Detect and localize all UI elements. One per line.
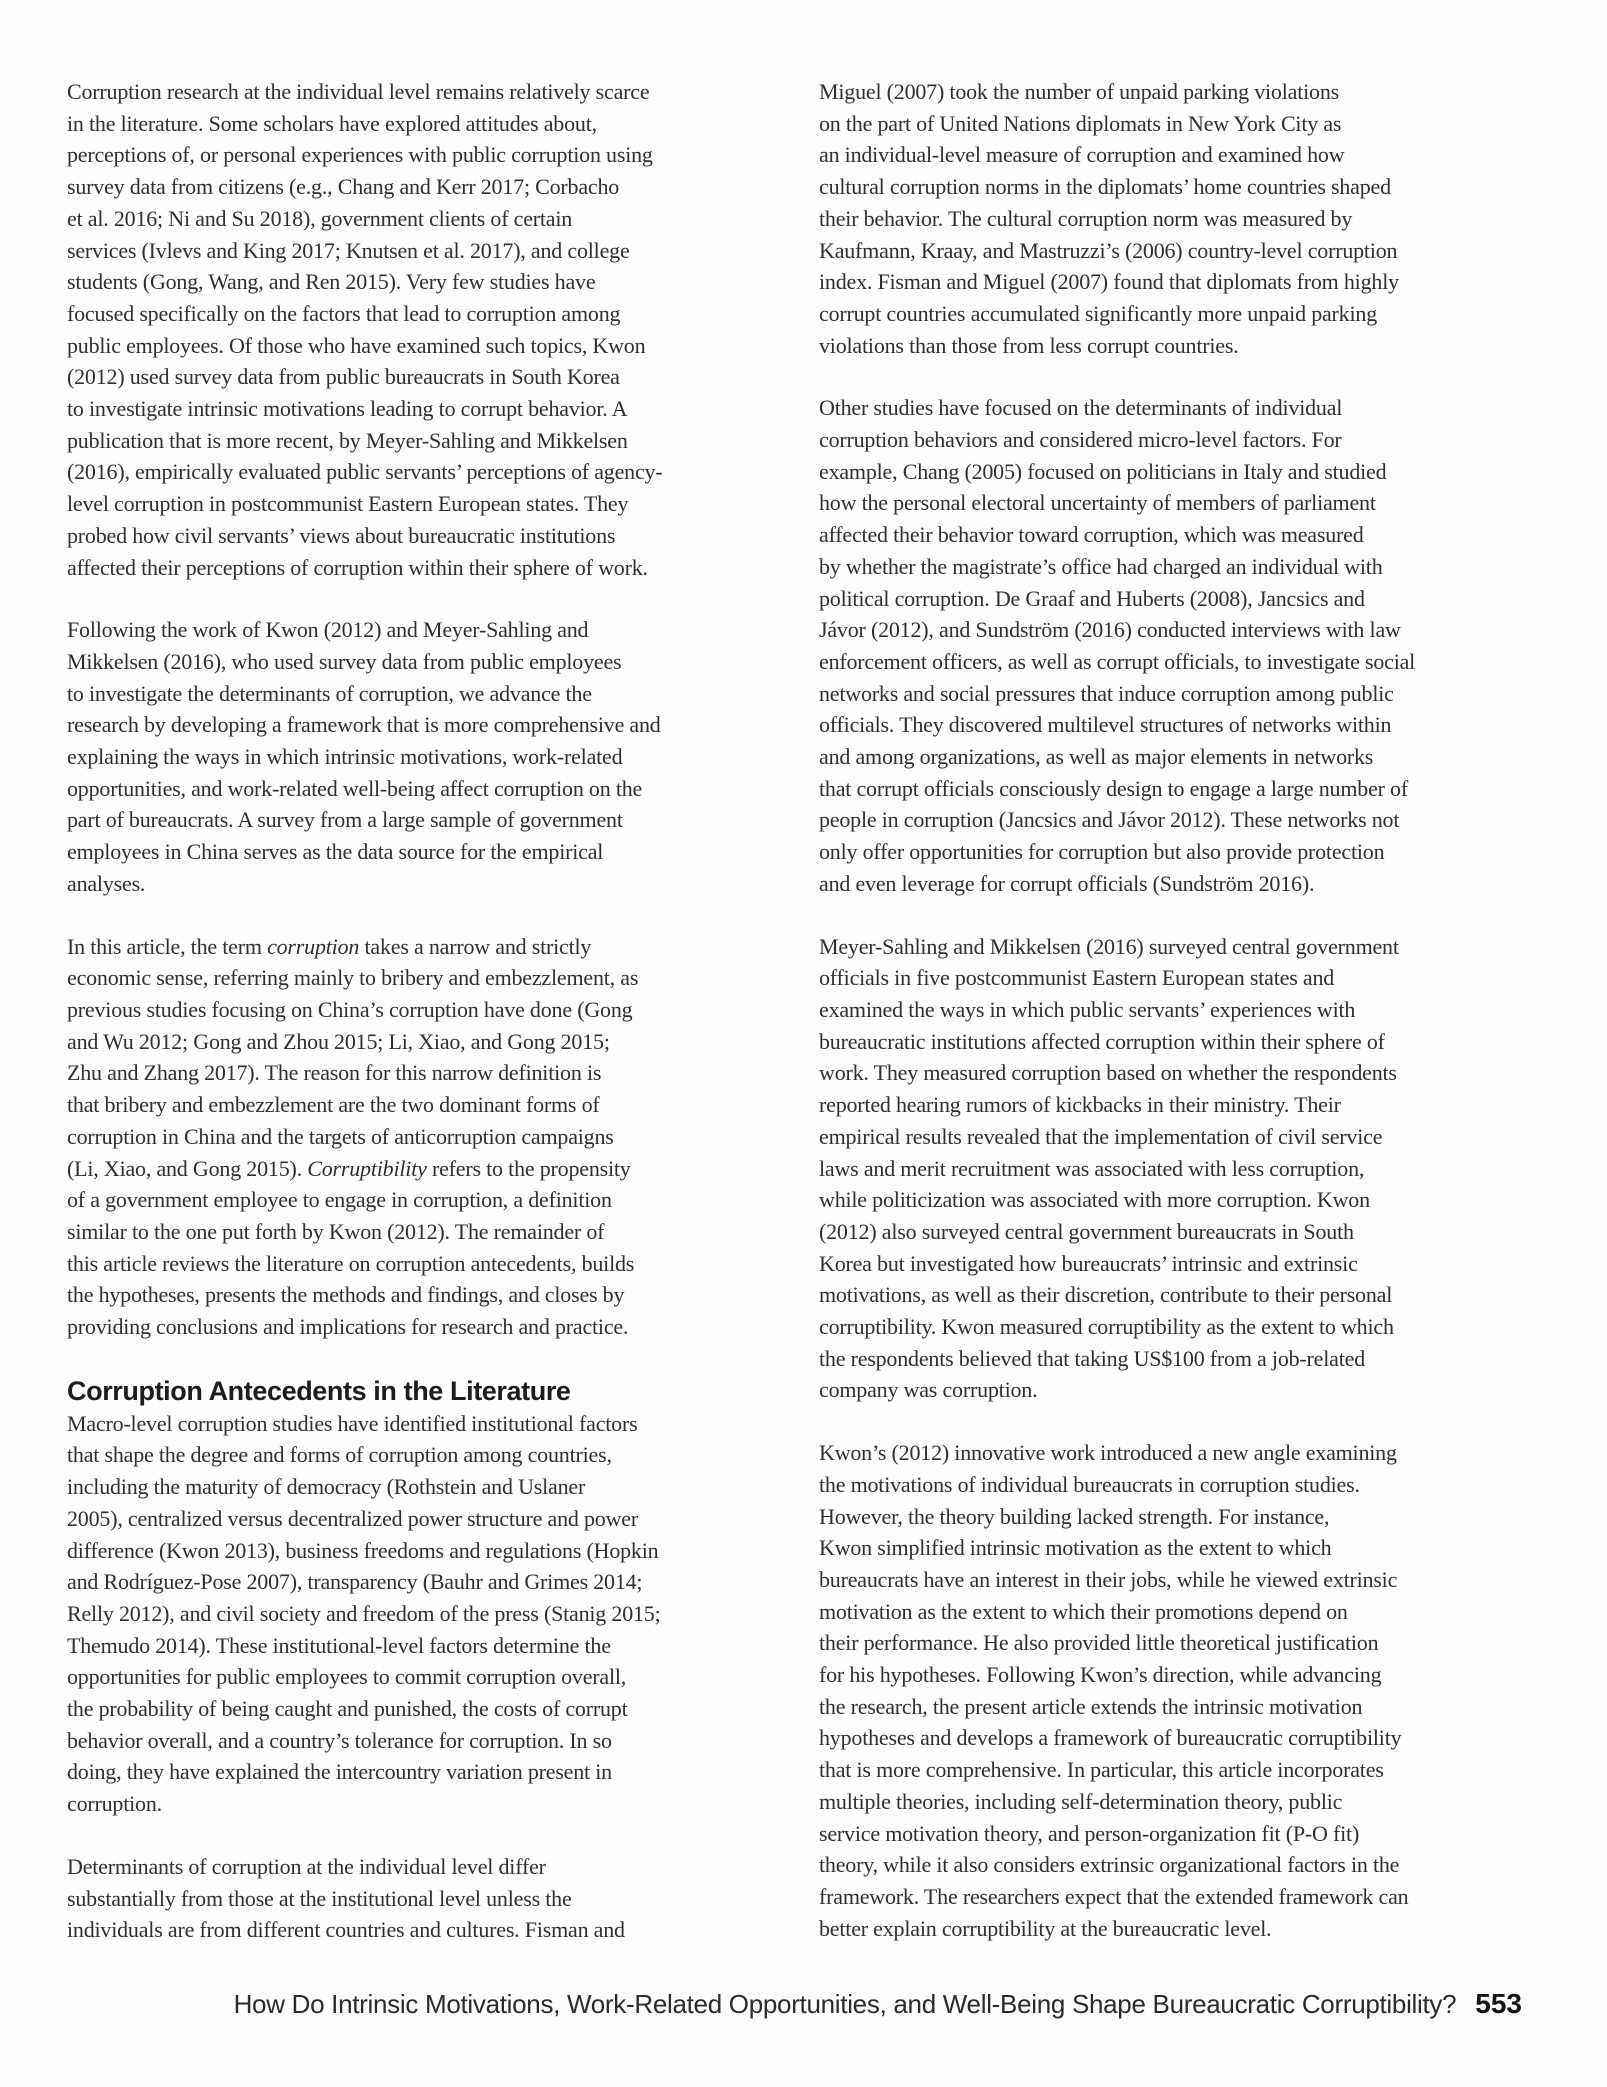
paragraph-line: Mikkelsen (2016), who used survey data f… xyxy=(67,646,782,678)
paragraph-line: work. They measured corruption based on … xyxy=(819,1057,1534,1089)
paragraph-line: violations than those from less corrupt … xyxy=(819,330,1534,362)
paragraph-line: Other studies have focused on the determ… xyxy=(819,392,1534,424)
paragraph: In this article, the term corruption tak… xyxy=(67,931,782,1343)
paragraph-line: the respondents believed that taking US$… xyxy=(819,1343,1534,1375)
paragraph-line: and among organizations, as well as majo… xyxy=(819,741,1534,773)
paragraph-line: enforcement officers, as well as corrupt… xyxy=(819,646,1534,678)
running-title: How Do Intrinsic Motivations, Work-Relat… xyxy=(234,1989,1457,2020)
paragraph-line: behavior overall, and a country’s tolera… xyxy=(67,1725,782,1757)
paragraph-line: theory, while it also considers extrinsi… xyxy=(819,1849,1534,1881)
paragraph-line: research by developing a framework that … xyxy=(67,709,782,741)
paragraph-line: substantially from those at the institut… xyxy=(67,1883,782,1915)
paragraph-line: Miguel (2007) took the number of unpaid … xyxy=(819,76,1534,108)
paragraph-line: Kaufmann, Kraay, and Mastruzzi’s (2006) … xyxy=(819,235,1534,267)
paragraph-line: economic sense, referring mainly to brib… xyxy=(67,962,782,994)
paragraph-line: Zhu and Zhang 2017). The reason for this… xyxy=(67,1057,782,1089)
paragraph-line: that corrupt officials consciously desig… xyxy=(819,773,1534,805)
paragraph-line: Determinants of corruption at the indivi… xyxy=(67,1851,782,1883)
paragraph-line: bureaucrats have an interest in their jo… xyxy=(819,1564,1534,1596)
text-columns: Corruption research at the individual le… xyxy=(67,76,1534,1946)
paragraph-line: Kwon simplified intrinsic motivation as … xyxy=(819,1532,1534,1564)
paragraph-line: multiple theories, including self-determ… xyxy=(819,1786,1534,1818)
paragraph-line: Meyer-Sahling and Mikkelsen (2016) surve… xyxy=(819,931,1534,963)
paragraph-line: how the personal electoral uncertainty o… xyxy=(819,487,1534,519)
paragraph: Meyer-Sahling and Mikkelsen (2016) surve… xyxy=(819,931,1534,1407)
page-footer: How Do Intrinsic Motivations, Work-Relat… xyxy=(234,1988,1522,2020)
paragraph-line: people in corruption (Jancsics and Jávor… xyxy=(819,804,1534,836)
paragraph: Kwon’s (2012) innovative work introduced… xyxy=(819,1437,1534,1944)
paragraph-line: corruption in China and the targets of a… xyxy=(67,1121,782,1153)
paragraph-line: Themudo 2014). These institutional-level… xyxy=(67,1630,782,1662)
paragraph-line: Corruption research at the individual le… xyxy=(67,76,782,108)
paragraph-line: (2012) also surveyed central government … xyxy=(819,1216,1534,1248)
paragraph-line: on the part of United Nations diplomats … xyxy=(819,108,1534,140)
paragraph-line: 2005), centralized versus decentralized … xyxy=(67,1503,782,1535)
paragraph-line: and Rodríguez-Pose 2007), transparency (… xyxy=(67,1566,782,1598)
paragraph-line: Korea but investigated how bureaucrats’ … xyxy=(819,1248,1534,1280)
paragraph-line: bureaucratic institutions affected corru… xyxy=(819,1026,1534,1058)
paragraph-line: opportunities, and work-related well-bei… xyxy=(67,773,782,805)
paragraph-line: explaining the ways in which intrinsic m… xyxy=(67,741,782,773)
paragraph-line: (2012) used survey data from public bure… xyxy=(67,361,782,393)
paragraph: Determinants of corruption at the indivi… xyxy=(67,1851,782,1946)
paragraph-line: corruption. xyxy=(67,1788,782,1820)
paragraph-line: However, the theory building lacked stre… xyxy=(819,1501,1534,1533)
paragraph-line: et al. 2016; Ni and Su 2018), government… xyxy=(67,203,782,235)
paragraph-line: examined the ways in which public servan… xyxy=(819,994,1534,1026)
paragraph-line: their behavior. The cultural corruption … xyxy=(819,203,1534,235)
paragraph-line: individuals are from different countries… xyxy=(67,1914,782,1946)
paragraph-line: the research, the present article extend… xyxy=(819,1691,1534,1723)
paragraph-line: affected their perceptions of corruption… xyxy=(67,552,782,584)
paragraph-line: and even leverage for corrupt officials … xyxy=(819,868,1534,900)
paragraph-line: Jávor (2012), and Sundström (2016) condu… xyxy=(819,614,1534,646)
paragraph-line: the motivations of individual bureaucrat… xyxy=(819,1469,1534,1501)
paragraph-line: providing conclusions and implications f… xyxy=(67,1311,782,1343)
paragraph: Corruption research at the individual le… xyxy=(67,76,782,583)
paragraph-line: employees in China serves as the data so… xyxy=(67,836,782,868)
paragraph-line: public employees. Of those who have exam… xyxy=(67,330,782,362)
paragraph-line: example, Chang (2005) focused on politic… xyxy=(819,456,1534,488)
text-column-left: Corruption research at the individual le… xyxy=(67,76,782,1946)
paragraph-line: better explain corruptibility at the bur… xyxy=(819,1913,1534,1945)
paragraph-line: service motivation theory, and person-or… xyxy=(819,1818,1534,1850)
paragraph: Following the work of Kwon (2012) and Me… xyxy=(67,614,782,899)
article-page: Corruption research at the individual le… xyxy=(0,0,1607,2087)
paragraph-line: doing, they have explained the intercoun… xyxy=(67,1756,782,1788)
paragraph-line: to investigate the determinants of corru… xyxy=(67,678,782,710)
paragraph-line: that bribery and embezzlement are the tw… xyxy=(67,1089,782,1121)
paragraph-line: cultural corruption norms in the diploma… xyxy=(819,171,1534,203)
paragraph-line: Macro-level corruption studies have iden… xyxy=(67,1408,782,1440)
paragraph-line: focused specifically on the factors that… xyxy=(67,298,782,330)
paragraph-line: affected their behavior toward corruptio… xyxy=(819,519,1534,551)
paragraph-line: services (Ivlevs and King 2017; Knutsen … xyxy=(67,235,782,267)
paragraph-line: their performance. He also provided litt… xyxy=(819,1627,1534,1659)
paragraph-line: to investigate intrinsic motivations lea… xyxy=(67,393,782,425)
paragraph-line: previous studies focusing on China’s cor… xyxy=(67,994,782,1026)
paragraph-line: only offer opportunities for corruption … xyxy=(819,836,1534,868)
paragraph-line: Kwon’s (2012) innovative work introduced… xyxy=(819,1437,1534,1469)
paragraph-line: index. Fisman and Miguel (2007) found th… xyxy=(819,266,1534,298)
paragraph-line: the probability of being caught and puni… xyxy=(67,1693,782,1725)
paragraph-line: empirical results revealed that the impl… xyxy=(819,1121,1534,1153)
paragraph: Macro-level corruption studies have iden… xyxy=(67,1408,782,1820)
paragraph-line: the hypotheses, presents the methods and… xyxy=(67,1279,782,1311)
paragraph-line: students (Gong, Wang, and Ren 2015). Ver… xyxy=(67,266,782,298)
paragraph-line: Relly 2012), and civil society and freed… xyxy=(67,1598,782,1630)
paragraph: Other studies have focused on the determ… xyxy=(819,392,1534,899)
paragraph-line: hypotheses and develops a framework of b… xyxy=(819,1722,1534,1754)
paragraph-line: officials in five postcommunist Eastern … xyxy=(819,962,1534,994)
paragraph-line: and Wu 2012; Gong and Zhou 2015; Li, Xia… xyxy=(67,1026,782,1058)
paragraph-line: by whether the magistrate’s office had c… xyxy=(819,551,1534,583)
paragraph-line: (Li, Xiao, and Gong 2015). Corruptibilit… xyxy=(67,1153,782,1185)
paragraph-line: corruptibility. Kwon measured corruptibi… xyxy=(819,1311,1534,1343)
paragraph-line: motivation as the extent to which their … xyxy=(819,1596,1534,1628)
page-number: 553 xyxy=(1475,1988,1522,2020)
paragraph-line: framework. The researchers expect that t… xyxy=(819,1881,1534,1913)
paragraph-line: while politicization was associated with… xyxy=(819,1184,1534,1216)
paragraph-line: In this article, the term corruption tak… xyxy=(67,931,782,963)
paragraph-line: company was corruption. xyxy=(819,1374,1534,1406)
paragraph-line: officials. They discovered multilevel st… xyxy=(819,709,1534,741)
paragraph-line: survey data from citizens (e.g., Chang a… xyxy=(67,171,782,203)
paragraph-line: motivations, as well as their discretion… xyxy=(819,1279,1534,1311)
paragraph-line: corruption behaviors and considered micr… xyxy=(819,424,1534,456)
paragraph-line: this article reviews the literature on c… xyxy=(67,1248,782,1280)
paragraph-line: in the literature. Some scholars have ex… xyxy=(67,108,782,140)
paragraph-line: part of bureaucrats. A survey from a lar… xyxy=(67,804,782,836)
paragraph-line: political corruption. De Graaf and Huber… xyxy=(819,583,1534,615)
paragraph-line: (2016), empirically evaluated public ser… xyxy=(67,456,782,488)
paragraph-line: analyses. xyxy=(67,868,782,900)
text-column-right: Miguel (2007) took the number of unpaid … xyxy=(819,76,1534,1946)
paragraph-line: opportunities for public employees to co… xyxy=(67,1661,782,1693)
paragraph-line: an individual-level measure of corruptio… xyxy=(819,139,1534,171)
paragraph-line: probed how civil servants’ views about b… xyxy=(67,520,782,552)
paragraph-line: difference (Kwon 2013), business freedom… xyxy=(67,1535,782,1567)
paragraph-line: publication that is more recent, by Meye… xyxy=(67,425,782,457)
paragraph-line: that shape the degree and forms of corru… xyxy=(67,1439,782,1471)
paragraph-line: corrupt countries accumulated significan… xyxy=(819,298,1534,330)
paragraph: Miguel (2007) took the number of unpaid … xyxy=(819,76,1534,361)
paragraph-line: that is more comprehensive. In particula… xyxy=(819,1754,1534,1786)
paragraph-line: including the maturity of democracy (Rot… xyxy=(67,1471,782,1503)
paragraph-line: similar to the one put forth by Kwon (20… xyxy=(67,1216,782,1248)
paragraph-line: of a government employee to engage in co… xyxy=(67,1184,782,1216)
paragraph-line: laws and merit recruitment was associate… xyxy=(819,1153,1534,1185)
paragraph-line: reported hearing rumors of kickbacks in … xyxy=(819,1089,1534,1121)
paragraph-line: Following the work of Kwon (2012) and Me… xyxy=(67,614,782,646)
paragraph-line: for his hypotheses. Following Kwon’s dir… xyxy=(819,1659,1534,1691)
section-heading: Corruption Antecedents in the Literature xyxy=(67,1374,782,1408)
paragraph-line: perceptions of, or personal experiences … xyxy=(67,139,782,171)
paragraph-line: networks and social pressures that induc… xyxy=(819,678,1534,710)
paragraph-line: level corruption in postcommunist Easter… xyxy=(67,488,782,520)
